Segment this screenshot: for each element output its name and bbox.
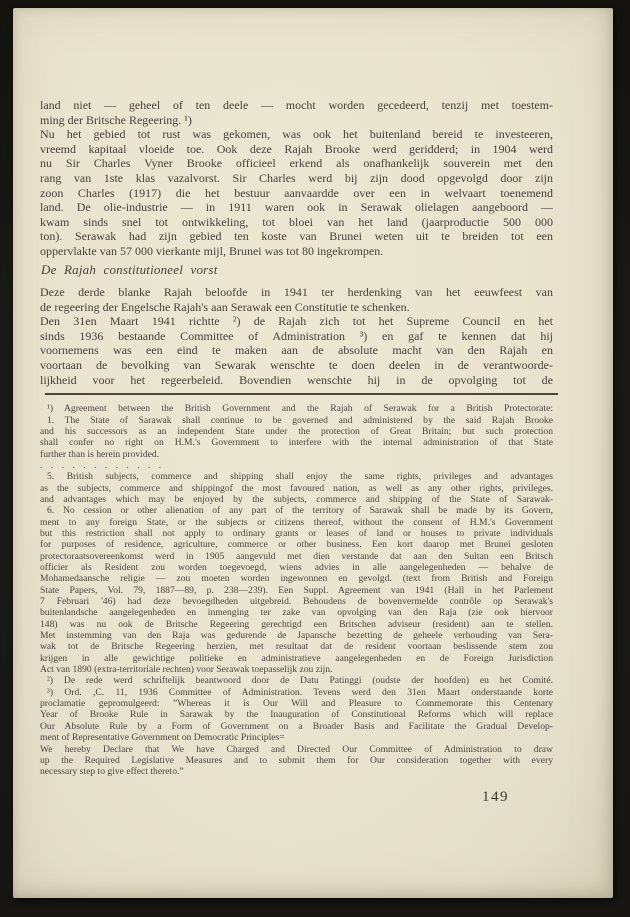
text-line: voornemens was een eind te maken aan de … bbox=[40, 343, 553, 358]
text-line: We hereby Declare that We have Charged a… bbox=[40, 744, 553, 755]
text-line: voortaan de bevolking van Sewarak wensch… bbox=[40, 358, 553, 373]
text-line: ming der Britsche Regeering. ¹) bbox=[40, 113, 553, 128]
text-line: ton). Serawak had zijn gebied ten koste … bbox=[40, 229, 553, 244]
text-line: further than is herein provided. bbox=[40, 449, 553, 460]
text-line: officier als Resident zou worden toegevo… bbox=[40, 562, 553, 573]
text-line: Our Absolute Rule by a Form of Governmen… bbox=[40, 721, 553, 732]
text-line: oppervlakte van 57 000 vierkante mijl, B… bbox=[40, 244, 553, 259]
text-line: proclamatie gepromulgeerd: ”Whereas it i… bbox=[40, 698, 553, 709]
text-line: protectoraatsovereenkomst werd in 1905 a… bbox=[40, 551, 553, 562]
text-line: kwam sinds snel tot ontwikkeling, tot bl… bbox=[40, 215, 553, 230]
text-line: 5. British subjects, commerce and shippi… bbox=[40, 471, 553, 482]
text-line: Year of Brooke Rule in Sarawak by the In… bbox=[40, 709, 553, 720]
main-text: land niet — geheel of ten deele — mocht … bbox=[40, 98, 553, 387]
paragraph-3: Deze derde blanke Rajah beloofde in 1941… bbox=[40, 285, 553, 387]
text-line: and his successors as an independent Sta… bbox=[40, 426, 553, 437]
text-line: State Papers, Vol. 79, 1887—89, p. 238—2… bbox=[40, 585, 553, 596]
book-page: land niet — geheel of ten deele — mocht … bbox=[13, 8, 613, 898]
text-line: buitenlandsche aangelegenheden en inmeng… bbox=[40, 607, 553, 618]
text-line: shall confer no right on H.M.'s Governme… bbox=[40, 437, 553, 448]
text-line: Met instemming van den Raja was gedurend… bbox=[40, 630, 553, 641]
text-line: rang van 1ste klas vazalvorst. Sir Charl… bbox=[40, 171, 553, 186]
text-line: land. De olie-industrie — in 1911 waren … bbox=[40, 200, 553, 215]
text-line: for purposes of residence, agriculture, … bbox=[40, 539, 553, 550]
text-line: up the Required Legislative Measures and… bbox=[40, 755, 553, 766]
text-line: nu Sir Charles Vyner Brooke officieel er… bbox=[40, 156, 553, 171]
section-heading: De Rajah constitutioneel vorst bbox=[41, 262, 553, 278]
text-line: Act van 1890 (extra-territoriale rechten… bbox=[40, 664, 553, 675]
text-line: but this restriction shall not apply to … bbox=[40, 528, 553, 539]
text-line: Mohamedaansche religie — zou moeten word… bbox=[40, 573, 553, 584]
footnotes: ¹) Agreement between the British Governm… bbox=[40, 403, 553, 777]
page-number: 149 bbox=[482, 789, 509, 806]
text-line: ²) De rede werd schriftelijk beantwoord … bbox=[40, 675, 553, 686]
text-line: 148) was nu ook de Britsche Regeering ge… bbox=[40, 619, 553, 630]
text-line: ment to any foreign State, or the subjec… bbox=[40, 517, 553, 528]
text-line: krijgen in alle gewichtige politieke en … bbox=[40, 653, 553, 664]
paragraph-2: Nu het gebied tot rust was gekomen, was … bbox=[40, 127, 553, 258]
scanned-book-photo: land niet — geheel of ten deele — mocht … bbox=[0, 0, 630, 917]
text-line: necessary step to give effect thereto.” bbox=[40, 766, 553, 777]
page-content: land niet — geheel of ten deele — mocht … bbox=[40, 98, 553, 778]
text-line: as the subjects, commerce and shippingof… bbox=[40, 483, 553, 494]
text-line: ³) Ord. ,C. 11, 1936 Committee of Admini… bbox=[40, 687, 553, 698]
text-line: zoon Charles (1917) die het bestuur aanv… bbox=[40, 186, 553, 201]
text-line: Deze derde blanke Rajah beloofde in 1941… bbox=[40, 285, 553, 300]
text-line: sinds 1936 bestaande Committee of Admini… bbox=[40, 329, 553, 344]
text-line: 7 Februari '46) had deze bevoegdheden ui… bbox=[40, 596, 553, 607]
footnote-separator-rule bbox=[45, 393, 558, 395]
text-line: lijkheid voor het regeerbeleid. Bovendie… bbox=[40, 373, 553, 388]
page-spine-edge bbox=[0, 5, 14, 904]
text-line: and advantages which may be enjoyed by t… bbox=[40, 494, 553, 505]
text-line: de regeering der Engelsche Rajah's aan S… bbox=[40, 300, 553, 315]
text-line: Den 31en Maart 1941 richtte ²) de Rajah … bbox=[40, 314, 553, 329]
text-line: vreemd kapitaal vloeide toe. Ook deze Ra… bbox=[40, 142, 553, 157]
text-line: Nu het gebied tot rust was gekomen, was … bbox=[40, 127, 553, 142]
text-line: ¹) Agreement between the British Governm… bbox=[40, 403, 553, 414]
text-line: ment of Representative Government on Dem… bbox=[40, 732, 553, 743]
text-line: 6. No cession or other alienation of any… bbox=[40, 505, 553, 516]
text-line: . . . . . . . . . . . . bbox=[40, 460, 553, 471]
text-line: wak tot de Britsche Regeering herzien, m… bbox=[40, 641, 553, 652]
text-line: 1. The State of Sarawak shall continue t… bbox=[40, 415, 553, 426]
text-line: land niet — geheel of ten deele — mocht … bbox=[40, 98, 553, 113]
paragraph-1: land niet — geheel of ten deele — mocht … bbox=[40, 98, 553, 127]
